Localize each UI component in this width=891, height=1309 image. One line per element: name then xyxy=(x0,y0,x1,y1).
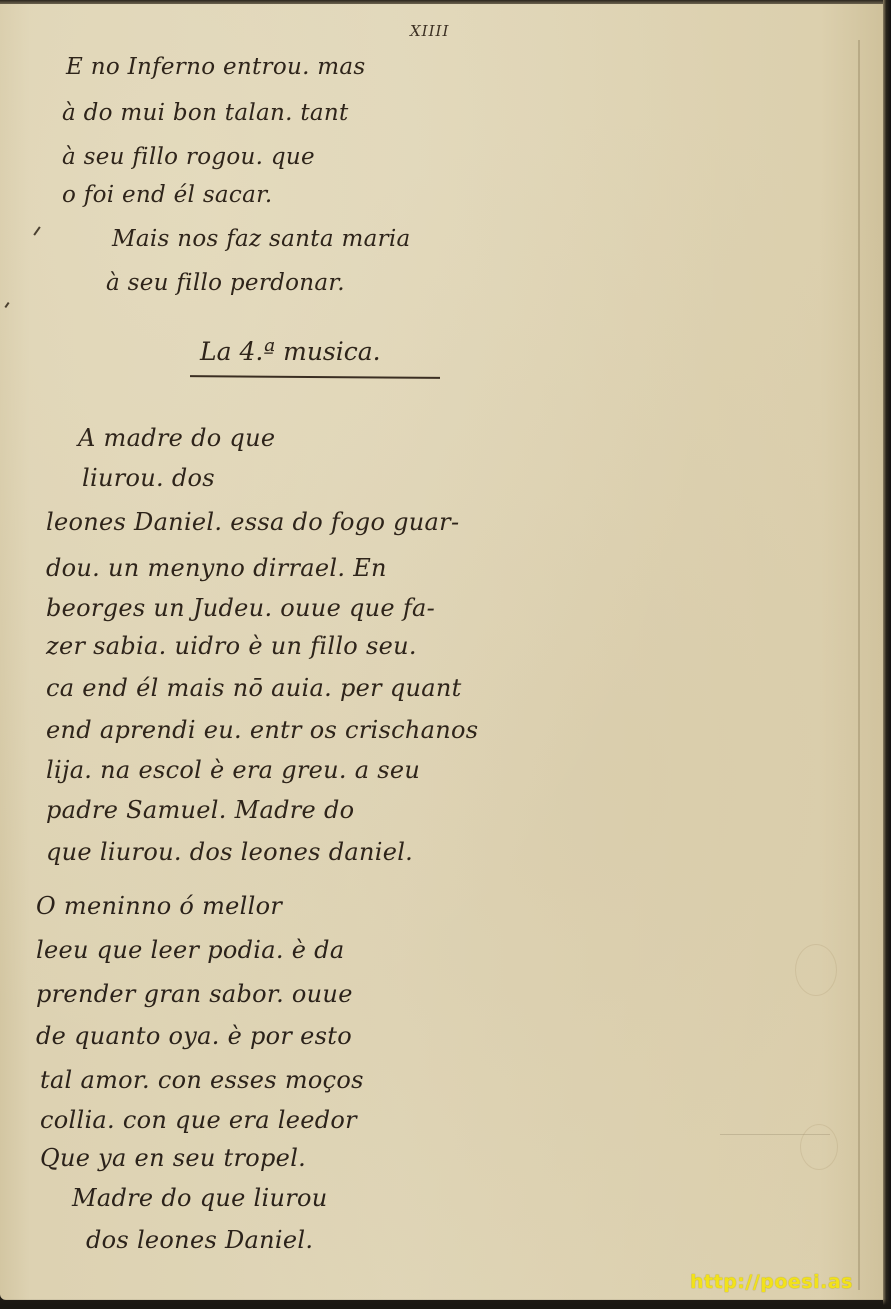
source-watermark: http://poesi.as xyxy=(690,1271,853,1293)
text-line: end aprendi eu. entr os crischanos xyxy=(46,716,478,744)
margin-mark xyxy=(4,302,9,308)
manuscript-page: XIIII E no Inferno entrou. mas à do mui … xyxy=(0,4,884,1300)
section-heading: La 4.ª musica. xyxy=(200,337,381,366)
text-line: lija. na escol è era greu. a seu xyxy=(46,756,420,784)
text-line: à do mui bon talan. tant xyxy=(62,100,349,126)
paper-stain xyxy=(800,1124,838,1170)
text-line: à seu fillo rogou. que xyxy=(62,144,315,170)
margin-mark xyxy=(33,226,40,235)
refrain-line: Madre do que liurou xyxy=(72,1184,328,1212)
page-bottom-edge xyxy=(0,1299,891,1309)
text-line: de quanto oya. è por esto xyxy=(36,1022,352,1050)
paper-stain xyxy=(795,944,837,996)
text-line: que liurou. dos leones daniel. xyxy=(46,838,413,866)
text-line: Que ya en seu tropel. xyxy=(40,1144,306,1172)
text-line: o foi end él sacar. xyxy=(62,182,273,208)
text-line: leeu que leer podia. è da xyxy=(36,936,344,964)
text-line: zer sabia. uidro è un fillo seu. xyxy=(46,632,417,660)
text-line: leones Daniel. essa do fogo guar- xyxy=(46,508,459,536)
text-line: collia. con que era leedor xyxy=(40,1106,357,1134)
text-line: A madre do que xyxy=(78,424,275,452)
refrain-line: à seu fillo perdonar. xyxy=(106,270,345,296)
text-line: tal amor. con esses moços xyxy=(40,1066,364,1094)
heading-underline xyxy=(190,375,440,378)
text-line: E no Inferno entrou. mas xyxy=(66,54,366,80)
folio-number: XIIII xyxy=(410,22,449,40)
text-line: padre Samuel. Madre do xyxy=(46,796,354,824)
page-right-edge xyxy=(883,0,891,1309)
refrain-line: Mais nos faz santa maria xyxy=(112,226,411,252)
refrain-line: dos leones Daniel. xyxy=(86,1226,313,1254)
text-line: prender gran sabor. ouue xyxy=(36,980,353,1008)
text-line: liurou. dos xyxy=(82,464,215,492)
text-line: ca end él mais nō auia. per quant xyxy=(46,674,462,702)
page-fold-line xyxy=(858,40,860,1290)
text-line: O meninno ó mellor xyxy=(36,892,282,920)
text-line: beorges un Judeu. ouue que fa- xyxy=(46,594,435,622)
text-line: dou. un menyno dirrael. En xyxy=(46,554,387,582)
